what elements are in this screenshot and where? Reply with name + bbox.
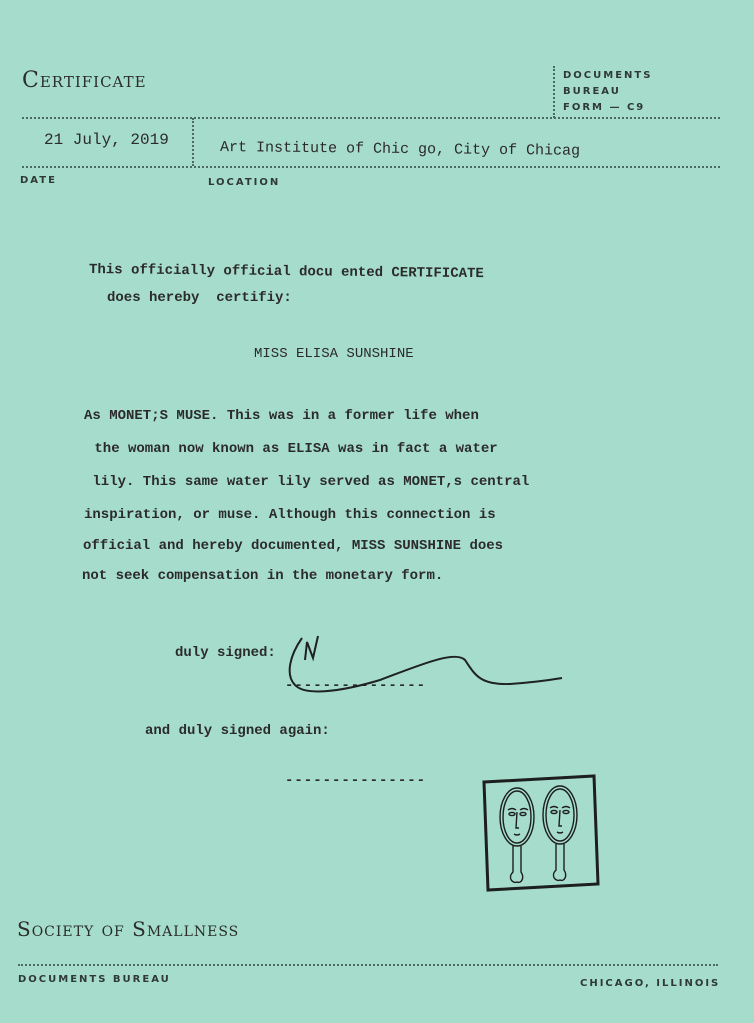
fields-rule: [22, 166, 720, 168]
paragraph-line: As MONET;S MUSE. This was in a former li…: [84, 408, 479, 424]
paragraph-line: lily. This same water lily served as MON…: [84, 474, 529, 490]
footer-rule: [18, 964, 718, 966]
handwritten-signature: [280, 630, 570, 700]
bureau-line: DOCUMENTS: [563, 68, 652, 84]
recipient-name: MISS ELISA SUNSHINE: [254, 346, 414, 362]
society-name: Society of Smallness: [17, 917, 239, 941]
bureau-line: BUREAU: [563, 84, 652, 100]
intro-line: does hereby certifiy:: [107, 290, 292, 306]
date-label: DATE: [20, 175, 57, 186]
date-value: 21 July, 2019: [44, 131, 169, 149]
intro-line: This officially official docu ented CERT…: [89, 262, 484, 282]
certificate-title: Certificate: [22, 68, 147, 93]
footer-location: CHICAGO, ILLINOIS: [580, 978, 720, 989]
paragraph-line: official and hereby documented, MISS SUN…: [83, 538, 503, 554]
header-divider: [553, 66, 555, 118]
footer-bureau: DOCUMENTS BUREAU: [18, 974, 171, 985]
bureau-line: FORM — C9: [563, 100, 652, 116]
paragraph-line: inspiration, or muse. Although this conn…: [84, 507, 496, 523]
second-signature-label: and duly signed again:: [145, 723, 330, 739]
bureau-block: DOCUMENTS BUREAU FORM — C9: [563, 68, 652, 116]
field-divider: [192, 118, 194, 166]
first-signature-label: duly signed:: [175, 645, 276, 661]
second-signature-line: ---------------: [285, 773, 426, 789]
mirror-faces-stamp-icon: [480, 772, 602, 894]
location-value: Art Institute of Chic go, City of Chicag: [220, 139, 580, 160]
paragraph-line: not seek compensation in the monetary fo…: [82, 568, 443, 584]
location-label: LOCATION: [208, 177, 280, 188]
header-rule: [22, 117, 720, 119]
paragraph-line: the woman now known as ELISA was in fact…: [86, 441, 498, 457]
